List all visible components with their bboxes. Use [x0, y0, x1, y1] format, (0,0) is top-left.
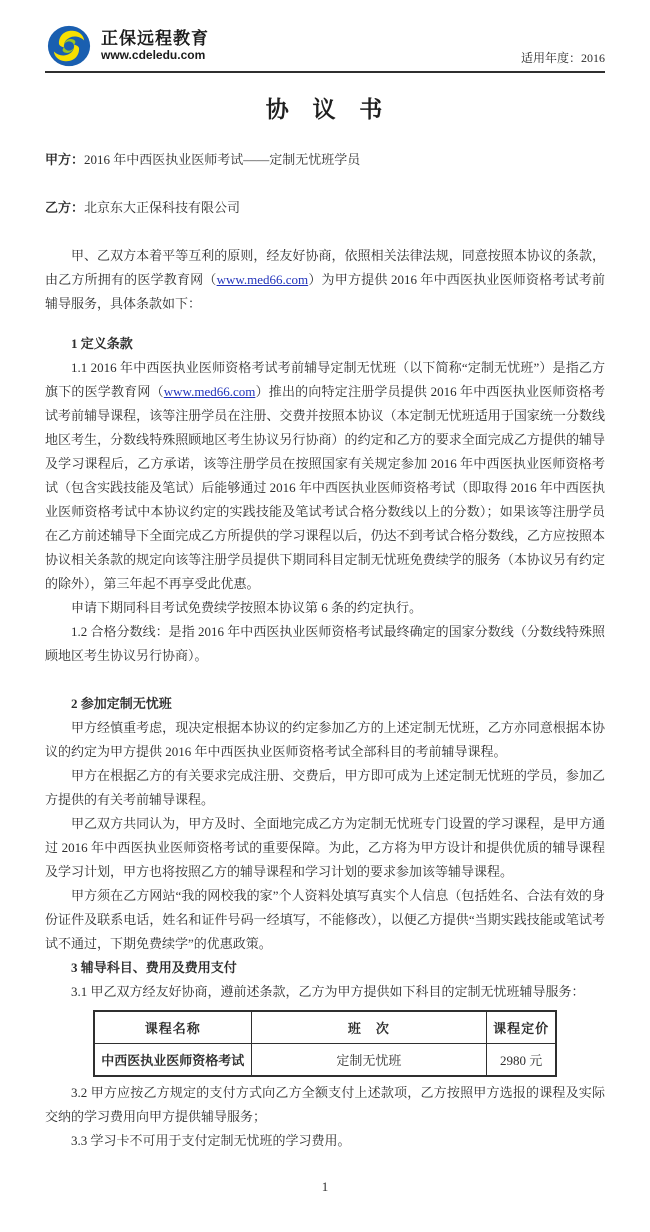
course-table-header-price: 课程定价	[487, 1011, 556, 1044]
clause-2-p4: 甲方须在乙方网站“我的网校我的家”个人资料处填写真实个人信息（包括姓名、合法有效…	[45, 884, 605, 956]
party-b-label: 乙方：	[45, 200, 84, 215]
clause-3-3: 3.3 学习卡不可用于支付定制无忧班的学习费用。	[45, 1129, 605, 1153]
clause-3-1: 3.1 甲乙双方经友好协商，遵前述条款，乙方为甲方提供如下科目的定制无忧班辅导服…	[45, 980, 605, 1004]
party-a-line: 甲方：2016 年中西医执业医师考试——定制无忧班学员	[45, 148, 605, 172]
course-price-cell: 2980 元	[487, 1044, 556, 1077]
course-table: 课程名称 班 次 课程定价 中西医执业医师资格考试 定制无忧班 2980 元	[93, 1010, 557, 1077]
brand-text: 正保远程教育 www.cdeledu.com	[101, 29, 209, 62]
brand-name: 正保远程教育	[101, 29, 209, 49]
med66-link[interactable]: www.med66.com	[217, 272, 309, 287]
document-title: 协 议 书	[45, 91, 605, 124]
clause-renewal: 申请下期同科目考试免费续学按照本协议第 6 条的约定执行。	[45, 596, 605, 620]
agreement-page: 正保远程教育 www.cdeledu.com 适用年度：2016 协 议 书 甲…	[0, 0, 650, 1232]
clause-1-1-text-post: ）推出的向特定注册学员提供 2016 年中西医执业医师资格考试考前辅导课程，该等…	[45, 384, 605, 591]
course-table-header-row: 课程名称 班 次 课程定价	[94, 1011, 556, 1044]
applicable-year-label: 适用年度：2016	[521, 49, 605, 68]
intro-paragraph: 甲、乙双方本着平等互利的原则，经友好协商，依照相关法律法规，同意按照本协议的条款…	[45, 244, 605, 316]
brand-site-url: www.cdeledu.com	[101, 49, 209, 63]
section2-heading: 2 参加定制无忧班	[45, 692, 605, 716]
party-a-label: 甲方：	[45, 152, 84, 167]
party-a-value: 2016 年中西医执业医师考试——定制无忧班学员	[84, 152, 360, 167]
section3-heading: 3 辅导科目、费用及费用支付	[45, 956, 605, 980]
page-header: 正保远程教育 www.cdeledu.com 适用年度：2016	[45, 24, 605, 73]
course-class-cell: 定制无忧班	[251, 1044, 487, 1077]
brand-block: 正保远程教育 www.cdeledu.com	[45, 24, 209, 68]
party-b-line: 乙方：北京东大正保科技有限公司	[45, 196, 605, 220]
course-table-header-class: 班 次	[251, 1011, 487, 1044]
zhengbao-logo-icon	[45, 24, 93, 68]
clause-2-p3: 甲乙双方共同认为，甲方及时、全面地完成乙方为定制无忧班专门设置的学习课程，是甲方…	[45, 812, 605, 884]
course-name-cell: 中西医执业医师资格考试	[94, 1044, 251, 1077]
clause-2-p2: 甲方在根据乙方的有关要求完成注册、交费后，甲方即可成为上述定制无忧班的学员，参加…	[45, 764, 605, 812]
page-number: 1	[45, 1175, 605, 1199]
med66-link-2[interactable]: www.med66.com	[164, 384, 256, 399]
course-table-header-name: 课程名称	[94, 1011, 251, 1044]
clause-1-2: 1.2 合格分数线：是指 2016 年中西医执业医师资格考试最终确定的国家分数线…	[45, 620, 605, 668]
clause-3-2: 3.2 甲方应按乙方规定的支付方式向乙方全额支付上述款项，乙方按照甲方选报的课程…	[45, 1081, 605, 1129]
section1-heading: 1 定义条款	[45, 332, 605, 356]
clause-1-1: 1.1 2016 年中西医执业医师资格考试考前辅导定制无忧班（以下简称“定制无忧…	[45, 356, 605, 596]
party-b-value: 北京东大正保科技有限公司	[84, 200, 240, 215]
clause-2-p1: 甲方经慎重考虑，现决定根据本协议的约定参加乙方的上述定制无忧班，乙方亦同意根据本…	[45, 716, 605, 764]
course-table-row: 中西医执业医师资格考试 定制无忧班 2980 元	[94, 1044, 556, 1077]
